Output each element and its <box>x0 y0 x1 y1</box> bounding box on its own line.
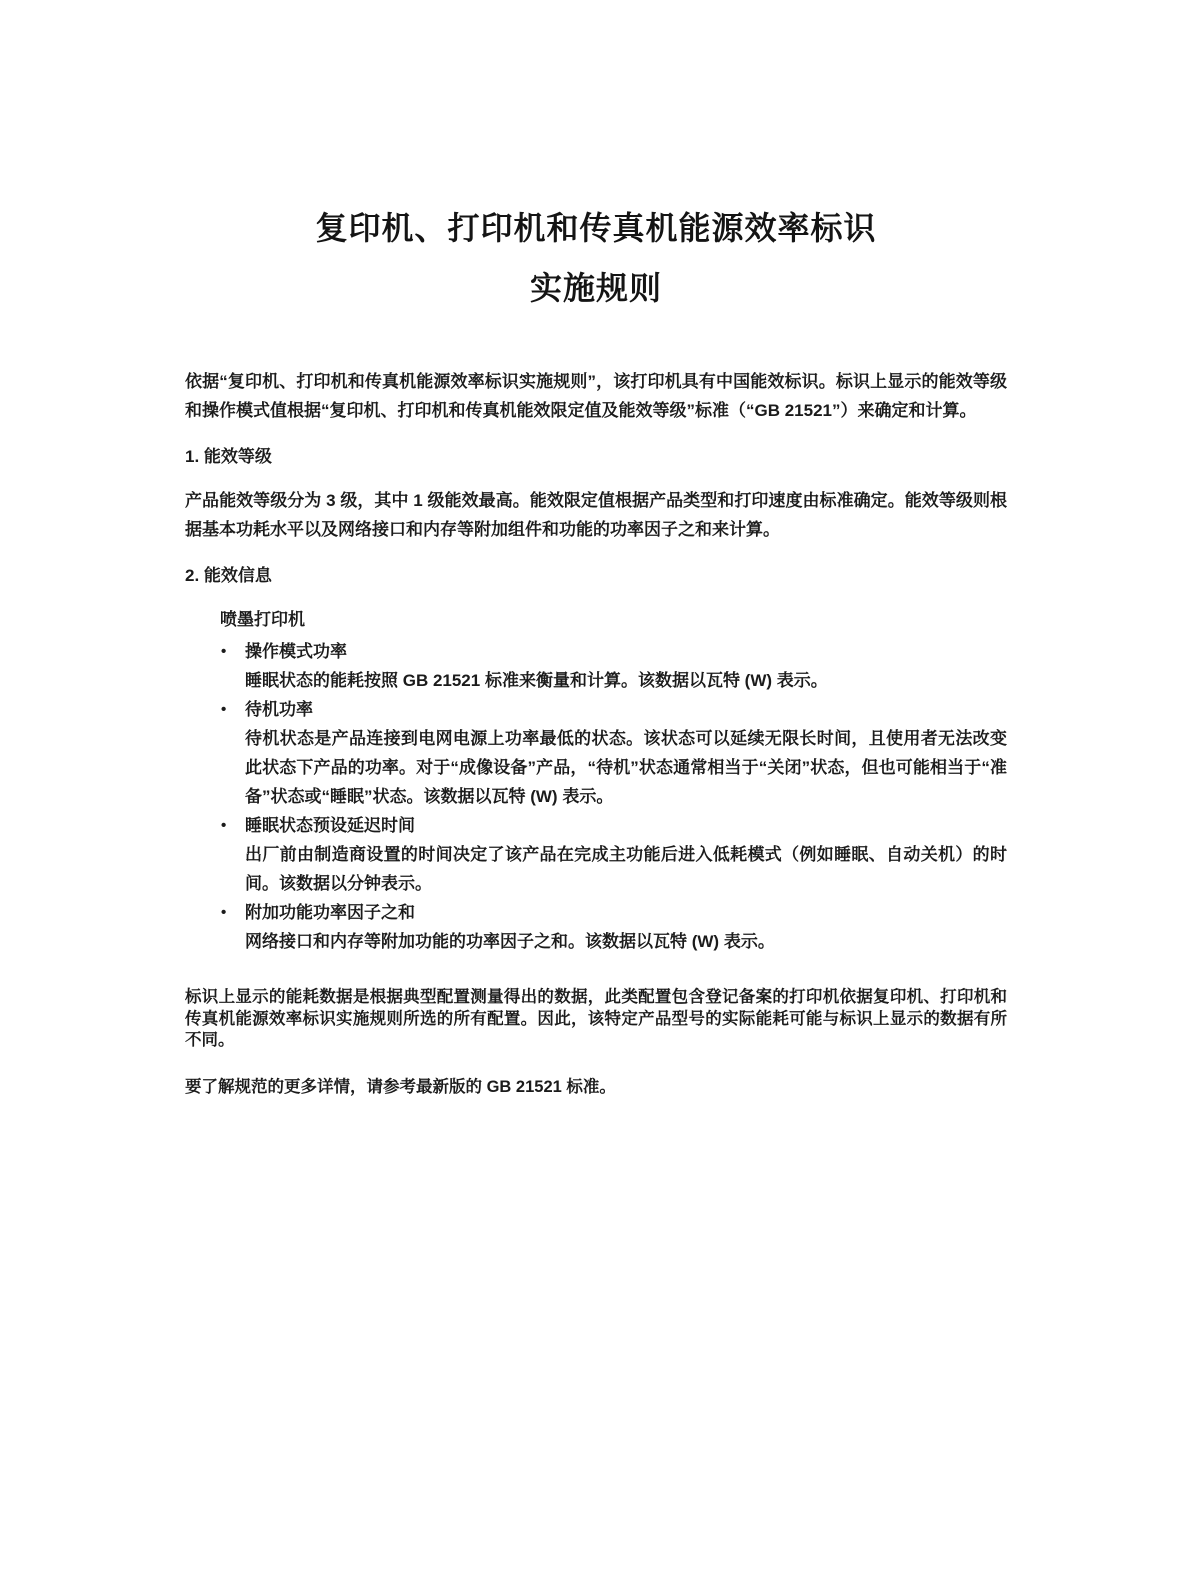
bullet-title-operating-mode-power: 操作模式功率 <box>245 637 1007 666</box>
list-item: • 操作模式功率 睡眠状态的能耗按照 GB 21521 标准来衡量和计算。该数据… <box>185 637 1007 695</box>
section-1-body: 产品能效等级分为 3 级，其中 1 级能效最高。能效限定值根据产品类型和打印速度… <box>185 486 1007 544</box>
list-item: • 待机功率 待机状态是产品连接到电网电源上功率最低的状态。该状态可以延续无限长… <box>185 695 1007 811</box>
bullet-title-sleep-delay-time: 睡眠状态预设延迟时间 <box>245 811 1007 840</box>
bullet-icon: • <box>221 695 226 724</box>
bullet-icon: • <box>221 637 226 666</box>
closing-paragraph-typical-configuration: 标识上显示的能耗数据是根据典型配置测量得出的数据，此类配置包含登记备案的打印机依… <box>185 987 1007 1052</box>
closing-paragraph-reference-standard: 要了解规范的更多详情，请参考最新版的 GB 21521 标准。 <box>185 1077 1007 1099</box>
document-content: 复印机、打印机和传真机能源效率标识 实施规则 依据“复印机、打印机和传真机能源效… <box>185 0 1007 1115</box>
bullet-desc-sleep-delay-time: 出厂前由制造商设置的时间决定了该产品在完成主功能后进入低耗模式（例如睡眠、自动关… <box>245 840 1007 898</box>
bullet-icon: • <box>221 811 226 840</box>
list-item: • 附加功能功率因子之和 网络接口和内存等附加功能的功率因子之和。该数据以瓦特 … <box>185 898 1007 956</box>
bullet-desc-operating-mode-power: 睡眠状态的能耗按照 GB 21521 标准来衡量和计算。该数据以瓦特 (W) 表… <box>245 666 1007 695</box>
energy-info-bullet-list: • 操作模式功率 睡眠状态的能耗按照 GB 21521 标准来衡量和计算。该数据… <box>185 637 1007 956</box>
document-title: 复印机、打印机和传真机能源效率标识 实施规则 <box>185 198 1007 318</box>
bullet-title-standby-power: 待机功率 <box>245 695 1007 724</box>
list-item: • 睡眠状态预设延迟时间 出厂前由制造商设置的时间决定了该产品在完成主功能后进入… <box>185 811 1007 898</box>
printer-type-subheading: 喷墨打印机 <box>185 605 1007 634</box>
bullet-desc-additional-function-power-factors: 网络接口和内存等附加功能的功率因子之和。该数据以瓦特 (W) 表示。 <box>245 927 1007 956</box>
intro-paragraph: 依据“复印机、打印机和传真机能源效率标识实施规则”，该打印机具有中国能效标识。标… <box>185 367 1007 425</box>
section-1-heading: 1. 能效等级 <box>185 442 1007 471</box>
bullet-title-additional-function-power-factors: 附加功能功率因子之和 <box>245 898 1007 927</box>
document-title-line-2: 实施规则 <box>185 258 1007 318</box>
bullet-icon: • <box>221 898 226 927</box>
section-2-heading: 2. 能效信息 <box>185 561 1007 590</box>
document-title-line-1: 复印机、打印机和传真机能源效率标识 <box>185 198 1007 258</box>
document-page: 复印机、打印机和传真机能源效率标识 实施规则 依据“复印机、打印机和传真机能源效… <box>0 0 1189 1584</box>
bullet-desc-standby-power: 待机状态是产品连接到电网电源上功率最低的状态。该状态可以延续无限长时间，且使用者… <box>245 724 1007 811</box>
